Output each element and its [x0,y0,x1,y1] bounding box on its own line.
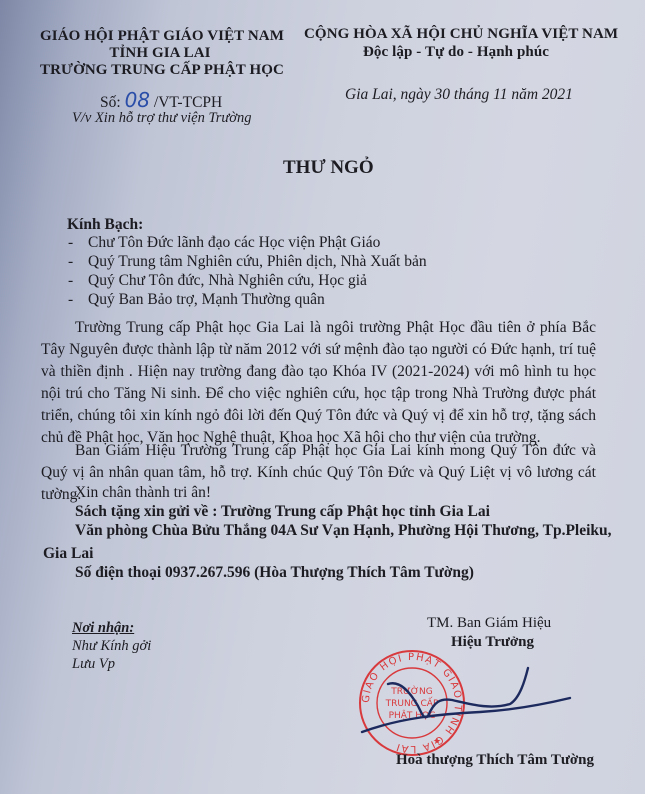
bullet-dash: - [68,291,73,309]
number-value: 08 [125,88,150,112]
org-line-2: TỈNH GIA LAI [40,45,280,62]
nation-motto: Độc lập - Tự do - Hạnh phúc [363,44,549,61]
org-line-1: GIÁO HỘI PHẬT GIÁO VIỆT NAM [40,28,280,45]
bullet-dash: - [68,272,73,290]
recipient-item: - Quý Trung tâm Nghiên cứu, Phiên dịch, … [88,253,427,271]
recipient-item: - Chư Tôn Đức lãnh đạo các Học viện Phật… [88,234,380,252]
send-to-line: Sách tặng xin gửi về : Trường Trung cấp … [75,503,490,521]
bullet-dash: - [68,234,73,252]
recipient-item: - Quý Chư Tôn đức, Nhà Nghiên cứu, Học g… [88,272,367,290]
subject-line: V/v Xin hỗ trợ thư viện Trường [72,110,252,127]
thanks-line: Xin chân thành tri ân! [75,484,211,502]
intro-paragraph: Trường Trung cấp Phật học Gia Lai là ngô… [41,317,596,449]
recipient-item: - Quý Ban Bảo trợ, Mạnh Thường quân [88,291,325,309]
number-label: Số: [100,94,121,111]
address-line-1: Văn phòng Chùa Bửu Thắng 04A Sư Vạn Hạnh… [75,522,612,540]
document-number: Số: 08 /VT-TCPH [100,88,222,112]
recipients-footer-item: Như Kính gởi [72,638,151,655]
date-line: Gia Lai, ngày 30 tháng 11 năm 2021 [345,86,573,104]
letter-title: THƯ NGỎ [283,157,374,179]
number-suffix: /VT-TCPH [154,94,222,111]
on-behalf-label: TM. Ban Giám Hiệu [427,615,551,632]
salutation: Kính Bạch: [67,216,143,234]
signer-name: Hoà thượng Thích Tâm Tường [396,752,594,769]
bullet-dash: - [68,253,73,271]
phone-line: Số điện thoại 0937.267.596 (Hòa Thượng T… [75,564,474,582]
recipients-footer-item: Lưu Vp [72,656,115,673]
org-line-3: TRƯỜNG TRUNG CẤP PHẬT HỌC [40,62,280,79]
nation-title: CỘNG HÒA XÃ HỘI CHỦ NGHĨA VIỆT NAM [304,26,618,43]
address-line-2: Gia Lai [43,545,93,563]
recipients-footer-label: Nơi nhận: [72,620,134,637]
letter-page: GIÁO HỘI PHẬT GIÁO VIỆT NAM TỈNH GIA LAI… [0,0,645,794]
